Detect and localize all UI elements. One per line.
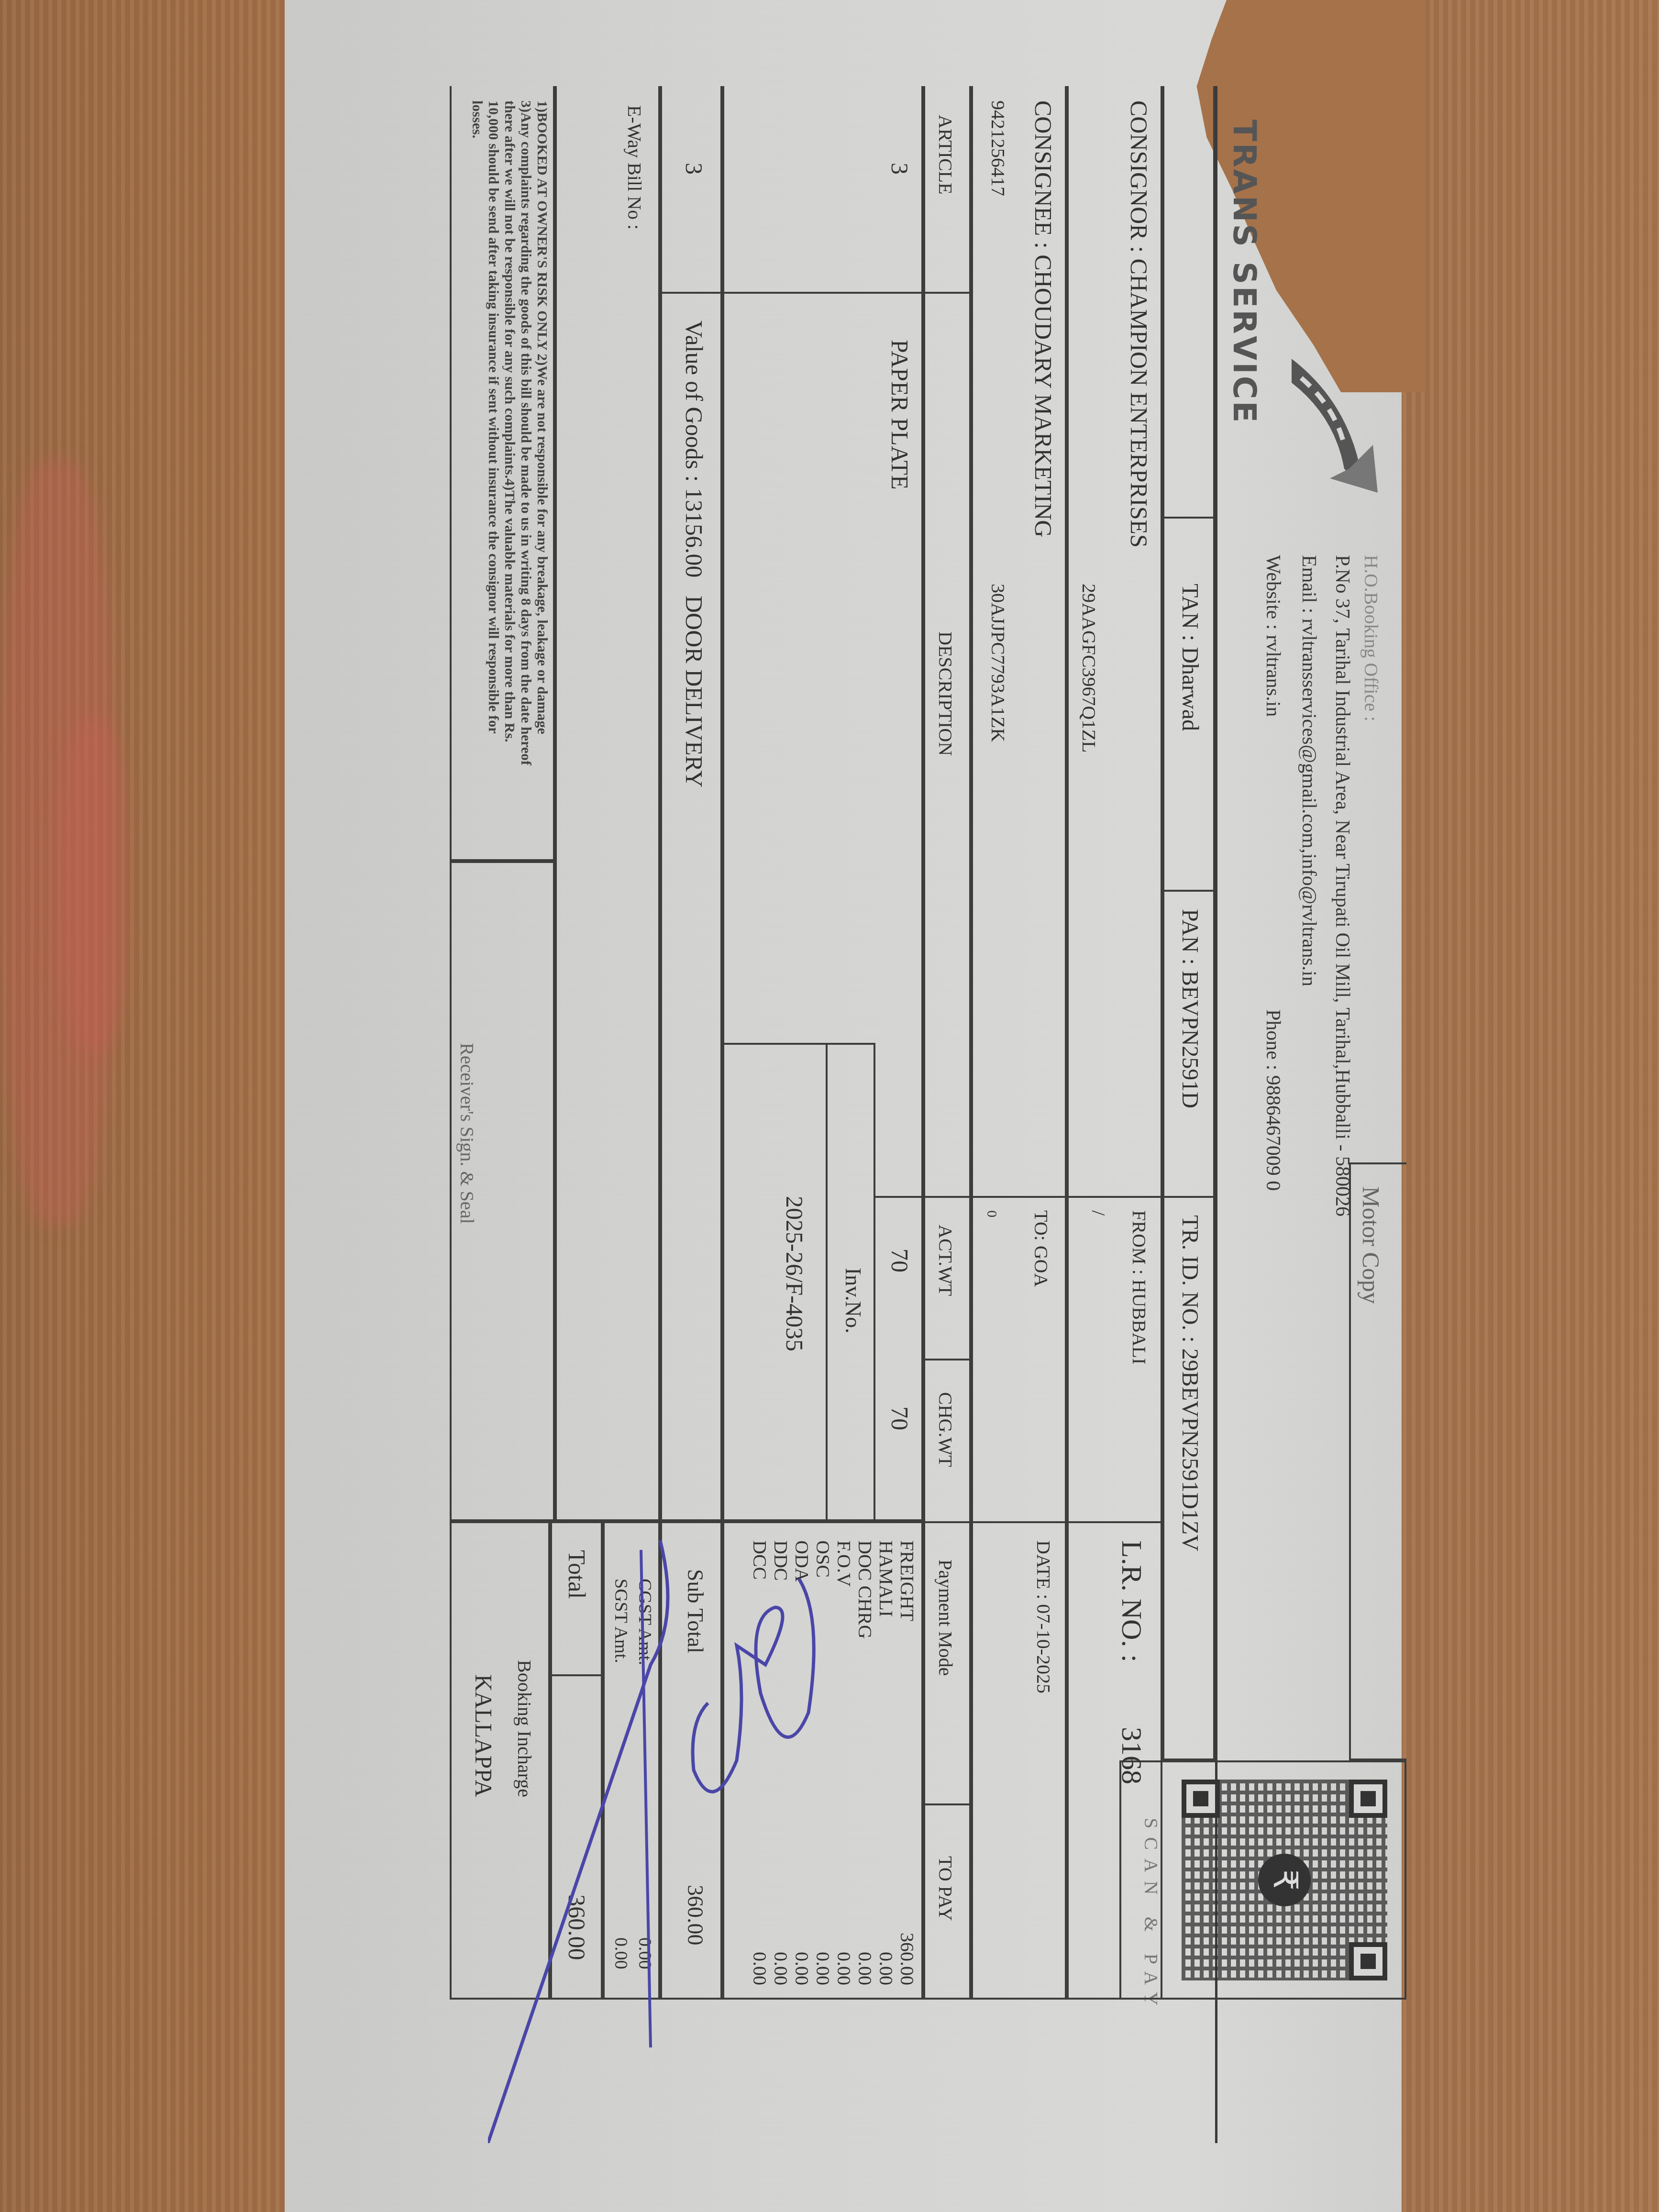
row-divider: [971, 1521, 1067, 1523]
receiver-sign-label: Receiver's Sign. & Seal: [456, 1043, 478, 1224]
charge-label: HAMALI: [876, 1540, 897, 1639]
charge-amount: 360.00: [897, 1856, 918, 1985]
row-divider: [1067, 1521, 1162, 1523]
from-extra: /: [1087, 1210, 1110, 1216]
invoice-number: 2025-26/F-4035: [781, 1196, 808, 1351]
charge-amount: 0.00: [855, 1856, 876, 1985]
row-divider: [1067, 1196, 1162, 1198]
from-location: FROM : HUBBALI: [1128, 1210, 1150, 1364]
goods-description: PAPER PLATE: [886, 340, 914, 490]
eway-row: [555, 86, 660, 1521]
copy-label: Motor Copy: [1357, 1186, 1385, 1304]
logo: TRANS SERVICE: [1215, 120, 1339, 512]
charge-label: DDC: [771, 1540, 792, 1639]
goods-row: [722, 86, 923, 1521]
col-divider: [722, 292, 923, 294]
charged-weight: 70: [886, 1406, 914, 1430]
col-divider: [875, 1196, 923, 1198]
terms-line: there after we will not be responsible f…: [501, 100, 518, 765]
consignor-name: CONSIGNOR : CHAMPION ENTERPRISES: [1125, 100, 1153, 548]
sgst-label: SGST Amt.: [610, 1579, 631, 1663]
col-divider: [923, 1359, 971, 1360]
company-address: P.No 37, Tarihal Industrial Area, Near T…: [1331, 555, 1354, 1217]
col-divider: [923, 1803, 971, 1805]
qr-finder: [1349, 1780, 1387, 1818]
payment-mode-value: TO PAY: [934, 1856, 957, 1921]
inv-divider: [874, 1043, 875, 1521]
col-header-description: DESCRIPTION: [934, 631, 957, 756]
charge-amount: 0.00: [771, 1856, 792, 1985]
charges-amounts: 360.00 0.00 0.00 0.00 0.00 0.00 0.00 0.0…: [750, 1856, 918, 1985]
row-divider: [971, 1196, 1067, 1198]
consignee-name: CONSIGNEE : CHOUDARY MARKETING: [1029, 100, 1057, 537]
invoice-label: Inv.No.: [841, 1268, 866, 1334]
tr-id-number: TR. ID. NO. : 29BEVPN2591D1ZV: [1177, 1215, 1203, 1551]
article-count: 3: [886, 163, 914, 175]
charge-amount: 0.00: [834, 1856, 855, 1985]
total-label: Total: [563, 1550, 591, 1599]
col-header-article: ARTICLE: [934, 115, 957, 194]
cgst-value: 0.00: [634, 1937, 655, 1969]
terms-line: 10,000 should be send after taking insur…: [485, 100, 501, 765]
terms-line: losses.: [469, 100, 485, 765]
lr-number-label: L.R. NO. :: [1115, 1540, 1148, 1662]
col-divider: [923, 1521, 971, 1523]
value-of-goods: Value of Goods : 13156.00 DOOR DELIVERY: [680, 321, 708, 787]
charges-labels: FREIGHT HAMALI DOC CHRG F.O.V OSC ODA DD…: [750, 1540, 918, 1639]
col-divider: [923, 1196, 971, 1198]
rupee-icon: ₹: [1258, 1854, 1311, 1906]
booking-incharge-name: KALLAPPA: [470, 1674, 498, 1797]
charge-label: F.O.V: [834, 1540, 855, 1639]
inv-divider: [826, 1043, 828, 1521]
lr-date: DATE : 07-10-2025: [1032, 1540, 1055, 1693]
col-divider: [923, 292, 971, 294]
goods-header-row: [923, 86, 971, 2000]
col-header-act-wt: ACT.WT: [934, 1225, 957, 1296]
actual-weight: 70: [886, 1249, 914, 1272]
sub-total-value: 360.00: [683, 1885, 708, 1946]
consignor-gstin: 29AAGFC3967Q1ZL: [1078, 584, 1100, 752]
tax-divider: [1162, 517, 1215, 519]
charge-label: DCC: [750, 1540, 771, 1639]
charge-amount: 0.00: [813, 1856, 834, 1985]
to-location: TO: GOA: [1030, 1210, 1052, 1287]
charge-label: ODA: [792, 1540, 813, 1639]
eway-bill-label: E-Way Bill No :: [623, 105, 646, 230]
background-stain: [57, 718, 129, 1052]
charge-amount: 0.00: [876, 1856, 897, 1985]
total-articles: 3: [680, 163, 708, 175]
charge-amount: 0.00: [750, 1856, 771, 1985]
tax-divider: [1162, 1196, 1215, 1198]
terms-line: 3)Any complaints regarding the goods of …: [518, 100, 534, 765]
company-website: Website : rvltrans.in: [1261, 555, 1284, 717]
lr-number: 3168: [1115, 1727, 1148, 1784]
sub-total-label: Sub Total: [683, 1569, 708, 1653]
cgst-label: CGST Amt.: [634, 1579, 655, 1665]
sgst-value: 0.00: [610, 1937, 631, 1969]
hq-label: H.O.Booking Office :: [1360, 555, 1382, 721]
charge-label: DOC CHRG: [855, 1540, 876, 1639]
payment-mode-label: Payment Mode: [934, 1559, 957, 1676]
terms-line: 1)BOOKED AT OWNER'S RISK ONLY 2)We are n…: [534, 100, 550, 765]
consignee-phone: 9421256417: [987, 100, 1009, 196]
tax-divider: [1162, 890, 1215, 892]
lorry-receipt: TRANS SERVICE H.O.Booking Office : P.No …: [488, 86, 1397, 2143]
company-logo-text: TRANS SERVICE: [1226, 120, 1263, 424]
consignee-gstin: 30AJJPC7793A1ZK: [987, 584, 1009, 742]
tan-number: TAN : Dharwad: [1177, 584, 1203, 731]
to-extra: 0: [984, 1210, 1000, 1217]
col-header-chg-wt: CHG.WT: [934, 1392, 957, 1467]
charge-label: FREIGHT: [897, 1540, 918, 1639]
pan-number: PAN : BEVPN2591D: [1177, 909, 1203, 1108]
col-divider: [660, 292, 722, 294]
charge-label: OSC: [813, 1540, 834, 1639]
total-divider: [550, 1674, 603, 1676]
qr-finder: [1349, 1942, 1387, 1980]
road-arrow-icon: [1287, 349, 1382, 493]
company-phone: Phone : 9886467009 0: [1261, 1009, 1284, 1191]
value-row: [660, 86, 722, 1521]
terms-text: 1)BOOKED AT OWNER'S RISK ONLY 2)We are n…: [469, 100, 550, 765]
company-email: Email : rvltransservices@gmail.com,info@…: [1297, 555, 1320, 986]
booking-incharge-label: Booking Incharge: [513, 1660, 536, 1797]
charge-amount: 0.00: [792, 1856, 813, 1985]
qr-finder: [1182, 1780, 1220, 1818]
inv-divider: [722, 1043, 875, 1045]
total-value: 360.00: [563, 1894, 591, 1960]
